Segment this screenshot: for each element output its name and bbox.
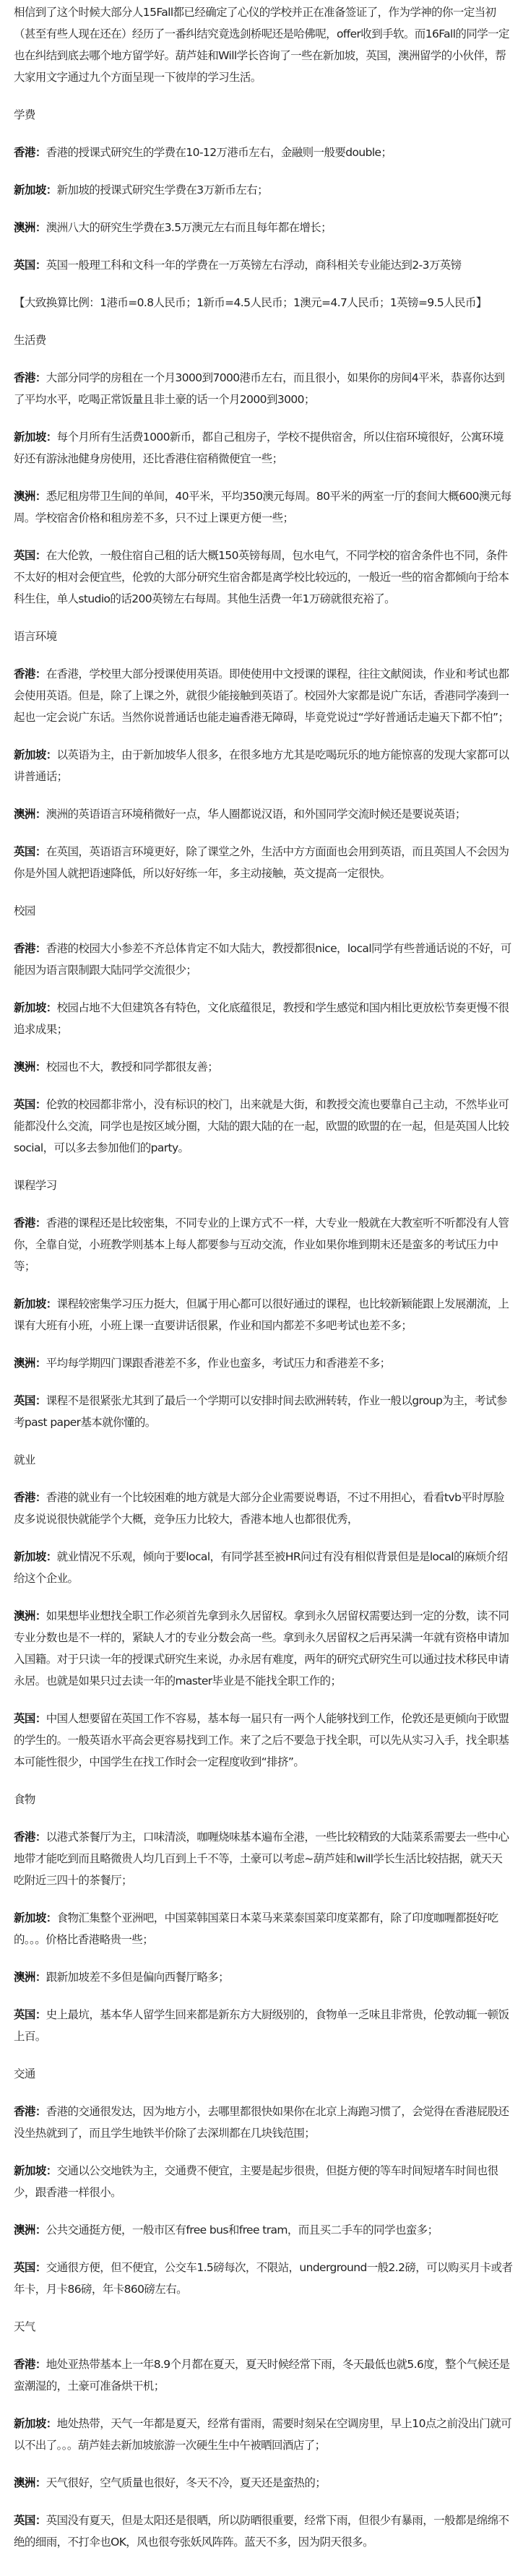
label-separator: ： [35, 808, 46, 821]
region-label: 香港 [14, 2358, 35, 2371]
entry-singapore: 新加坡：以英语为主，由于新加坡华人很多，在很多地方尤其是吃喝玩乐的地方能惊喜的发… [14, 744, 513, 787]
label-separator: ： [35, 146, 46, 159]
region-label: 香港 [14, 1831, 35, 1844]
entry-text: 跟新加坡差不多但是偏向西餐厅略多； [46, 1971, 229, 1984]
entry-hongkong: 香港：香港的授课式研究生的学费在10-12万港币左右，金融则一般要double； [14, 142, 513, 163]
label-separator: ： [46, 2417, 57, 2430]
region-label: 英国 [14, 259, 35, 272]
label-separator: ： [35, 259, 46, 272]
label-separator: ： [35, 490, 46, 503]
label-separator: ： [46, 2164, 57, 2177]
entry-text: 天气很好，空气质量也很好，冬天不冷，夏天还是蛮热的； [46, 2476, 326, 2489]
region-label: 香港 [14, 371, 35, 384]
entry-text: 就业情况不乐观，倾向于要local，有同学甚至被HR问过有没有相似背景但是是lo… [14, 1550, 507, 1585]
label-separator: ： [35, 942, 46, 955]
region-label: 英国 [14, 2008, 35, 2021]
entry-australia: 澳洲：公共交通挺方便，一般市区有free bus和free tram，而且买二手… [14, 2219, 513, 2241]
region-label: 新加坡 [14, 2164, 46, 2177]
entry-text: 在英国，英语语言环境更好，除了课堂之外，生活中方方面面也会用到英语，而且英国人不… [14, 845, 509, 880]
section-title: 校园 [14, 900, 513, 922]
entry-singapore: 新加坡：课程较密集学习压力挺大，但属于用心都可以很好通过的课程，也比较新颖能跟上… [14, 1293, 513, 1336]
entry-text: 香港的交通很发达，因为地方小，去哪里都很快如果你在北京上海跑习惯了，会觉得在香港… [14, 2105, 509, 2140]
label-separator: ： [35, 1216, 46, 1229]
region-label: 新加坡 [14, 431, 46, 444]
region-label: 澳洲 [14, 2223, 35, 2236]
region-label: 澳洲 [14, 1060, 35, 1073]
entry-hongkong: 香港：香港的交通很发达，因为地方小，去哪里都很快如果你在北京上海跑习惯了，会觉得… [14, 2101, 513, 2144]
region-label: 新加坡 [14, 1001, 46, 1014]
label-separator: ： [46, 1001, 57, 1014]
region-label: 澳洲 [14, 1971, 35, 1984]
entry-hongkong: 香港：香港的校园大小参差不齐总体肯定不如大陆大，教授都很nice，local同学… [14, 938, 513, 981]
entry-text: 英国没有夏天，但是太阳还是很晒，所以防晒很重要，经常下雨，但很少有暴雨，一般都是… [14, 2514, 509, 2549]
entry-uk: 英国：中国人想要留在英国工作不容易，基本每一届只有一两个人能够找到工作，伦敦还是… [14, 1708, 513, 1773]
entry-text: 课程不是很紧张尤其到了最后一个学期可以安排时间去欧洲转转，作业一般以group为… [14, 1394, 507, 1429]
region-label: 澳洲 [14, 1609, 35, 1622]
section-transport: 交通 香港：香港的交通很发达，因为地方小，去哪里都很快如果你在北京上海跑习惯了，… [14, 2063, 513, 2300]
region-label: 英国 [14, 2261, 35, 2274]
entry-text: 香港的校园大小参差不齐总体肯定不如大陆大，教授都很nice，local同学有些普… [14, 942, 511, 977]
entry-australia: 澳洲：天气很好，空气质量也很好，冬天不冷，夏天还是蛮热的； [14, 2472, 513, 2494]
entry-uk: 英国：英国一般理工科和文科一年的学费在一万英镑左右浮动，商科相关专业能达到2-3… [14, 254, 513, 276]
section-food: 食物 香港：以港式茶餐厅为主，口味清淡，咖喱烧味基本遍布全港，一些比较精致的大陆… [14, 1789, 513, 2047]
label-separator: ： [35, 1712, 46, 1725]
label-separator: ： [46, 748, 57, 761]
region-label: 澳洲 [14, 2476, 35, 2489]
article-body: 相信到了这个时候大部分人15Fall都已经确定了心仪的学校并正在准备签证了，作为… [0, 0, 523, 2576]
entry-hongkong: 香港：香港的课程还是比较密集，不同专业的上课方式不一样，大专业一般就在大教室听不… [14, 1212, 513, 1277]
entry-text: 澳洲的英语语言环境稍微好一点，华人圈都说汉语，和外国同学交流时候还是要说英语； [46, 808, 466, 821]
section-title: 天气 [14, 2316, 513, 2338]
section-title: 课程学习 [14, 1175, 513, 1196]
label-separator: ： [46, 1297, 57, 1310]
entry-text: 交通以公交地铁为主，交通费不便宜，主要是起步很贵，但挺方便的等车时间短堵车时间也… [14, 2164, 498, 2199]
region-label: 新加坡 [14, 1297, 46, 1310]
label-separator: ： [35, 371, 46, 384]
label-separator: ： [35, 2358, 46, 2371]
entry-australia: 澳洲：平均每学期四门课跟香港差不多，作业也蛮多，考试压力和香港差不多； [14, 1352, 513, 1374]
entry-text: 香港的就业有一个比较困难的地方就是大部分企业需要说粤语，不过不用担心，看看tvb… [14, 1491, 504, 1526]
entry-text: 在大伦敦，一般住宿自己租的话大概150英镑每周，包水电气，不同学校的宿舍条件也不… [14, 549, 509, 605]
label-separator: ： [46, 431, 57, 444]
section-title: 学费 [14, 104, 513, 126]
region-label: 香港 [14, 942, 35, 955]
entry-text: 校园占地不大但建筑各有特色，文化底蕴很足，教授和学生感觉和国内相比更放松节奏更慢… [14, 1001, 509, 1036]
entry-australia: 澳洲：澳洲八大的研究生学费在3.5万澳元左右而且每年都在增长； [14, 217, 513, 238]
entry-text: 伦敦的校园都非常小，没有标识的校门，出来就是大街，和教授交流也要靠自己主动，不然… [14, 1098, 509, 1154]
region-label: 新加坡 [14, 748, 46, 761]
region-label: 澳洲 [14, 808, 35, 821]
label-separator: ： [35, 2223, 46, 2236]
region-label: 澳洲 [14, 490, 35, 503]
region-label: 新加坡 [14, 1550, 46, 1563]
entry-text: 中国人想要留在英国工作不容易，基本每一届只有一两个人能够找到工作，伦敦还是更倾向… [14, 1712, 509, 1768]
label-separator: ： [35, 1394, 46, 1407]
label-separator: ： [35, 2105, 46, 2118]
region-label: 新加坡 [14, 1911, 46, 1924]
entry-text: 新加坡的授课式研究生学费在3万新币左右； [57, 183, 268, 196]
entry-uk: 英国：在英国，英语语言环境更好，除了课堂之外，生活中方方面面也会用到英语，而且英… [14, 841, 513, 884]
entry-text: 英国一般理工科和文科一年的学费在一万英镑左右浮动，商科相关专业能达到2-3万英镑 [46, 259, 462, 272]
label-separator: ： [35, 667, 46, 680]
section-title: 食物 [14, 1789, 513, 1810]
entry-text: 每个月所有生活费1000新币，都自己租房子，学校不提供宿舍，所以住宿环境很好，公… [14, 431, 503, 465]
entry-hongkong: 香港：在香港，学校里大部分授课使用英语。即使使用中文授课的课程，往往文献阅读，作… [14, 663, 513, 728]
label-separator: ： [46, 1911, 57, 1924]
region-label: 新加坡 [14, 183, 46, 196]
section-weather: 天气 香港：地处亚热带基本上一年8.9个月都在夏天，夏天时候经常下雨，冬天最低也… [14, 2316, 513, 2553]
label-separator: ： [46, 183, 57, 196]
entry-uk: 英国：伦敦的校园都非常小，没有标识的校门，出来就是大街，和教授交流也要靠自己主动… [14, 1094, 513, 1159]
label-separator: ： [35, 549, 46, 562]
label-separator: ： [35, 2261, 46, 2274]
entry-hongkong: 香港：大部分同学的房租在一个月3000到7000港币左右，而且很小，如果你的房间… [14, 367, 513, 410]
entry-text: 悉尼租房带卫生间的单间，40平米，平均350澳元每周。80平米的两室一厅的套间大… [14, 490, 511, 524]
entry-text: 如果想毕业想找全职工作必须首先拿到永久居留权。拿到永久居留权需要达到一定的分数，… [14, 1609, 509, 1687]
region-label: 英国 [14, 1098, 35, 1111]
entry-text: 香港的课程还是比较密集，不同专业的上课方式不一样，大专业一般就在大教室听不听都没… [14, 1216, 509, 1273]
entry-uk: 英国：史上最坑，基本华人留学生回来都是新东方大厨级别的，食物单一乏味且非常贵，伦… [14, 2004, 513, 2047]
label-separator: ： [35, 221, 46, 234]
region-label: 新加坡 [14, 2417, 46, 2430]
entry-text: 校园也不大，教授和同学都很友善； [46, 1060, 218, 1073]
section-language: 语言环境 香港：在香港，学校里大部分授课使用英语。即使使用中文授课的课程，往往文… [14, 626, 513, 884]
exchange-rate-note: 【大致换算比例：1港币=0.8人民币；1新币=4.5人民币；1澳元=4.7人民币… [14, 292, 513, 314]
label-separator: ： [35, 845, 46, 858]
entry-singapore: 新加坡：交通以公交地铁为主，交通费不便宜，主要是起步很贵，但挺方便的等车时间短堵… [14, 2160, 513, 2203]
section-campus: 校园 香港：香港的校园大小参差不齐总体肯定不如大陆大，教授都很nice，loca… [14, 900, 513, 1159]
label-separator: ： [35, 1098, 46, 1111]
label-separator: ： [35, 1609, 46, 1622]
region-label: 英国 [14, 1712, 35, 1725]
entry-australia: 澳洲：跟新加坡差不多但是偏向西餐厅略多； [14, 1966, 513, 1988]
entry-text: 食物汇集整个亚洲吧，中国菜韩国菜日本菜马来菜泰国菜印度菜都有，除了印度咖喱都挺好… [14, 1911, 498, 1946]
section-title: 语言环境 [14, 626, 513, 647]
label-separator: ： [35, 2514, 46, 2527]
region-label: 英国 [14, 845, 35, 858]
region-label: 香港 [14, 1491, 35, 1504]
region-label: 澳洲 [14, 1357, 35, 1370]
entry-hongkong: 香港：香港的就业有一个比较困难的地方就是大部分企业需要说粤语，不过不用担心，看看… [14, 1487, 513, 1530]
region-label: 英国 [14, 2514, 35, 2527]
section-title: 交通 [14, 2063, 513, 2085]
entry-text: 史上最坑，基本华人留学生回来都是新东方大厨级别的，食物单一乏味且非常贵，伦敦动辄… [14, 2008, 509, 2043]
region-label: 香港 [14, 667, 35, 680]
label-separator: ： [35, 1491, 46, 1504]
entry-text: 以港式茶餐厅为主，口味清淡，咖喱烧味基本遍布全港，一些比较精致的大陆菜系需要去一… [14, 1831, 509, 1887]
label-separator: ： [35, 2008, 46, 2021]
entry-australia: 澳洲：校园也不大，教授和同学都很友善； [14, 1056, 513, 1078]
entry-singapore: 新加坡：校园占地不大但建筑各有特色，文化底蕴很足，教授和学生感觉和国内相比更放松… [14, 997, 513, 1040]
entry-uk: 英国：课程不是很紧张尤其到了最后一个学期可以安排时间去欧洲转转，作业一般以gro… [14, 1390, 513, 1433]
entry-text: 以英语为主，由于新加坡华人很多，在很多地方尤其是吃喝玩乐的地方能惊喜的发现大家都… [14, 748, 509, 783]
label-separator: ： [35, 1060, 46, 1073]
entry-singapore: 新加坡：地处热带，天气一年都是夏天，经常有雷雨，需要时刻呆在空调房里，早上10点… [14, 2413, 513, 2456]
region-label: 香港 [14, 2105, 35, 2118]
entry-text: 大部分同学的房租在一个月3000到7000港币左右，而且很小，如果你的房间4平米… [14, 371, 504, 406]
section-title: 生活费 [14, 329, 513, 351]
section-title: 就业 [14, 1449, 513, 1471]
entry-uk: 英国：英国没有夏天，但是太阳还是很晒，所以防晒很重要，经常下雨，但很少有暴雨，一… [14, 2510, 513, 2553]
entry-uk: 英国：在大伦敦，一般住宿自己租的话大概150英镑每周，包水电气，不同学校的宿舍条… [14, 545, 513, 610]
intro-paragraph: 相信到了这个时候大部分人15Fall都已经确定了心仪的学校并正在准备签证了，作为… [14, 1, 513, 88]
region-label: 香港 [14, 146, 35, 159]
entry-text: 地处亚热带基本上一年8.9个月都在夏天，夏天时候经常下雨，冬天最低也就5.6度，… [14, 2358, 509, 2393]
section-tuition: 学费 香港：香港的授课式研究生的学费在10-12万港币左右，金融则一般要doub… [14, 104, 513, 314]
entry-australia: 澳洲：悉尼租房带卫生间的单间，40平米，平均350澳元每周。80平米的两室一厅的… [14, 485, 513, 529]
entry-hongkong: 香港：以港式茶餐厅为主，口味清淡，咖喱烧味基本遍布全港，一些比较精致的大陆菜系需… [14, 1826, 513, 1891]
region-label: 英国 [14, 549, 35, 562]
entry-australia: 澳洲：如果想毕业想找全职工作必须首先拿到永久居留权。拿到永久居留权需要达到一定的… [14, 1605, 513, 1692]
entry-singapore: 新加坡：就业情况不乐观，倾向于要local，有同学甚至被HR问过有没有相似背景但… [14, 1546, 513, 1589]
entry-australia: 澳洲：澳洲的英语语言环境稍微好一点，华人圈都说汉语，和外国同学交流时候还是要说英… [14, 803, 513, 825]
section-living-cost: 生活费 香港：大部分同学的房租在一个月3000到7000港币左右，而且很小，如果… [14, 329, 513, 610]
entry-text: 澳洲八大的研究生学费在3.5万澳元左右而且每年都在增长； [46, 221, 332, 234]
entry-text: 地处热带，天气一年都是夏天，经常有雷雨，需要时刻呆在空调房里，早上10点之前没出… [14, 2417, 511, 2452]
entry-text: 课程较密集学习压力挺大，但属于用心都可以很好通过的课程，也比较新颖能跟上发展潮流… [14, 1297, 509, 1332]
section-employment: 就业 香港：香港的就业有一个比较困难的地方就是大部分企业需要说粤语，不过不用担心… [14, 1449, 513, 1773]
section-coursework: 课程学习 香港：香港的课程还是比较密集，不同专业的上课方式不一样，大专业一般就在… [14, 1175, 513, 1433]
region-label: 英国 [14, 1394, 35, 1407]
entry-hongkong: 香港：地处亚热带基本上一年8.9个月都在夏天，夏天时候经常下雨，冬天最低也就5.… [14, 2354, 513, 2397]
label-separator: ： [46, 1550, 57, 1563]
region-label: 澳洲 [14, 221, 35, 234]
label-separator: ： [35, 1831, 46, 1844]
entry-text: 公共交通挺方便，一般市区有free bus和free tram，而且买二手车的同… [46, 2223, 438, 2236]
entry-text: 平均每学期四门课跟香港差不多，作业也蛮多，考试压力和香港差不多； [46, 1357, 391, 1370]
label-separator: ： [35, 1357, 46, 1370]
entry-singapore: 新加坡：食物汇集整个亚洲吧，中国菜韩国菜日本菜马来菜泰国菜印度菜都有，除了印度咖… [14, 1907, 513, 1950]
entry-text: 在香港，学校里大部分授课使用英语。即使使用中文授课的课程，往往文献阅读，作业和考… [14, 667, 509, 724]
entry-text: 交通很方便，但不便宜，公交车1.5磅每次，不限站，underground一般2.… [14, 2261, 512, 2296]
entry-singapore: 新加坡：每个月所有生活费1000新币，都自己租房子，学校不提供宿舍，所以住宿环境… [14, 426, 513, 470]
entry-text: 香港的授课式研究生的学费在10-12万港币左右，金融则一般要double； [46, 146, 392, 159]
region-label: 香港 [14, 1216, 35, 1229]
entry-uk: 英国：交通很方便，但不便宜，公交车1.5磅每次，不限站，underground一… [14, 2257, 513, 2300]
label-separator: ： [35, 1971, 46, 1984]
entry-singapore: 新加坡：新加坡的授课式研究生学费在3万新币左右； [14, 179, 513, 201]
label-separator: ： [35, 2476, 46, 2489]
